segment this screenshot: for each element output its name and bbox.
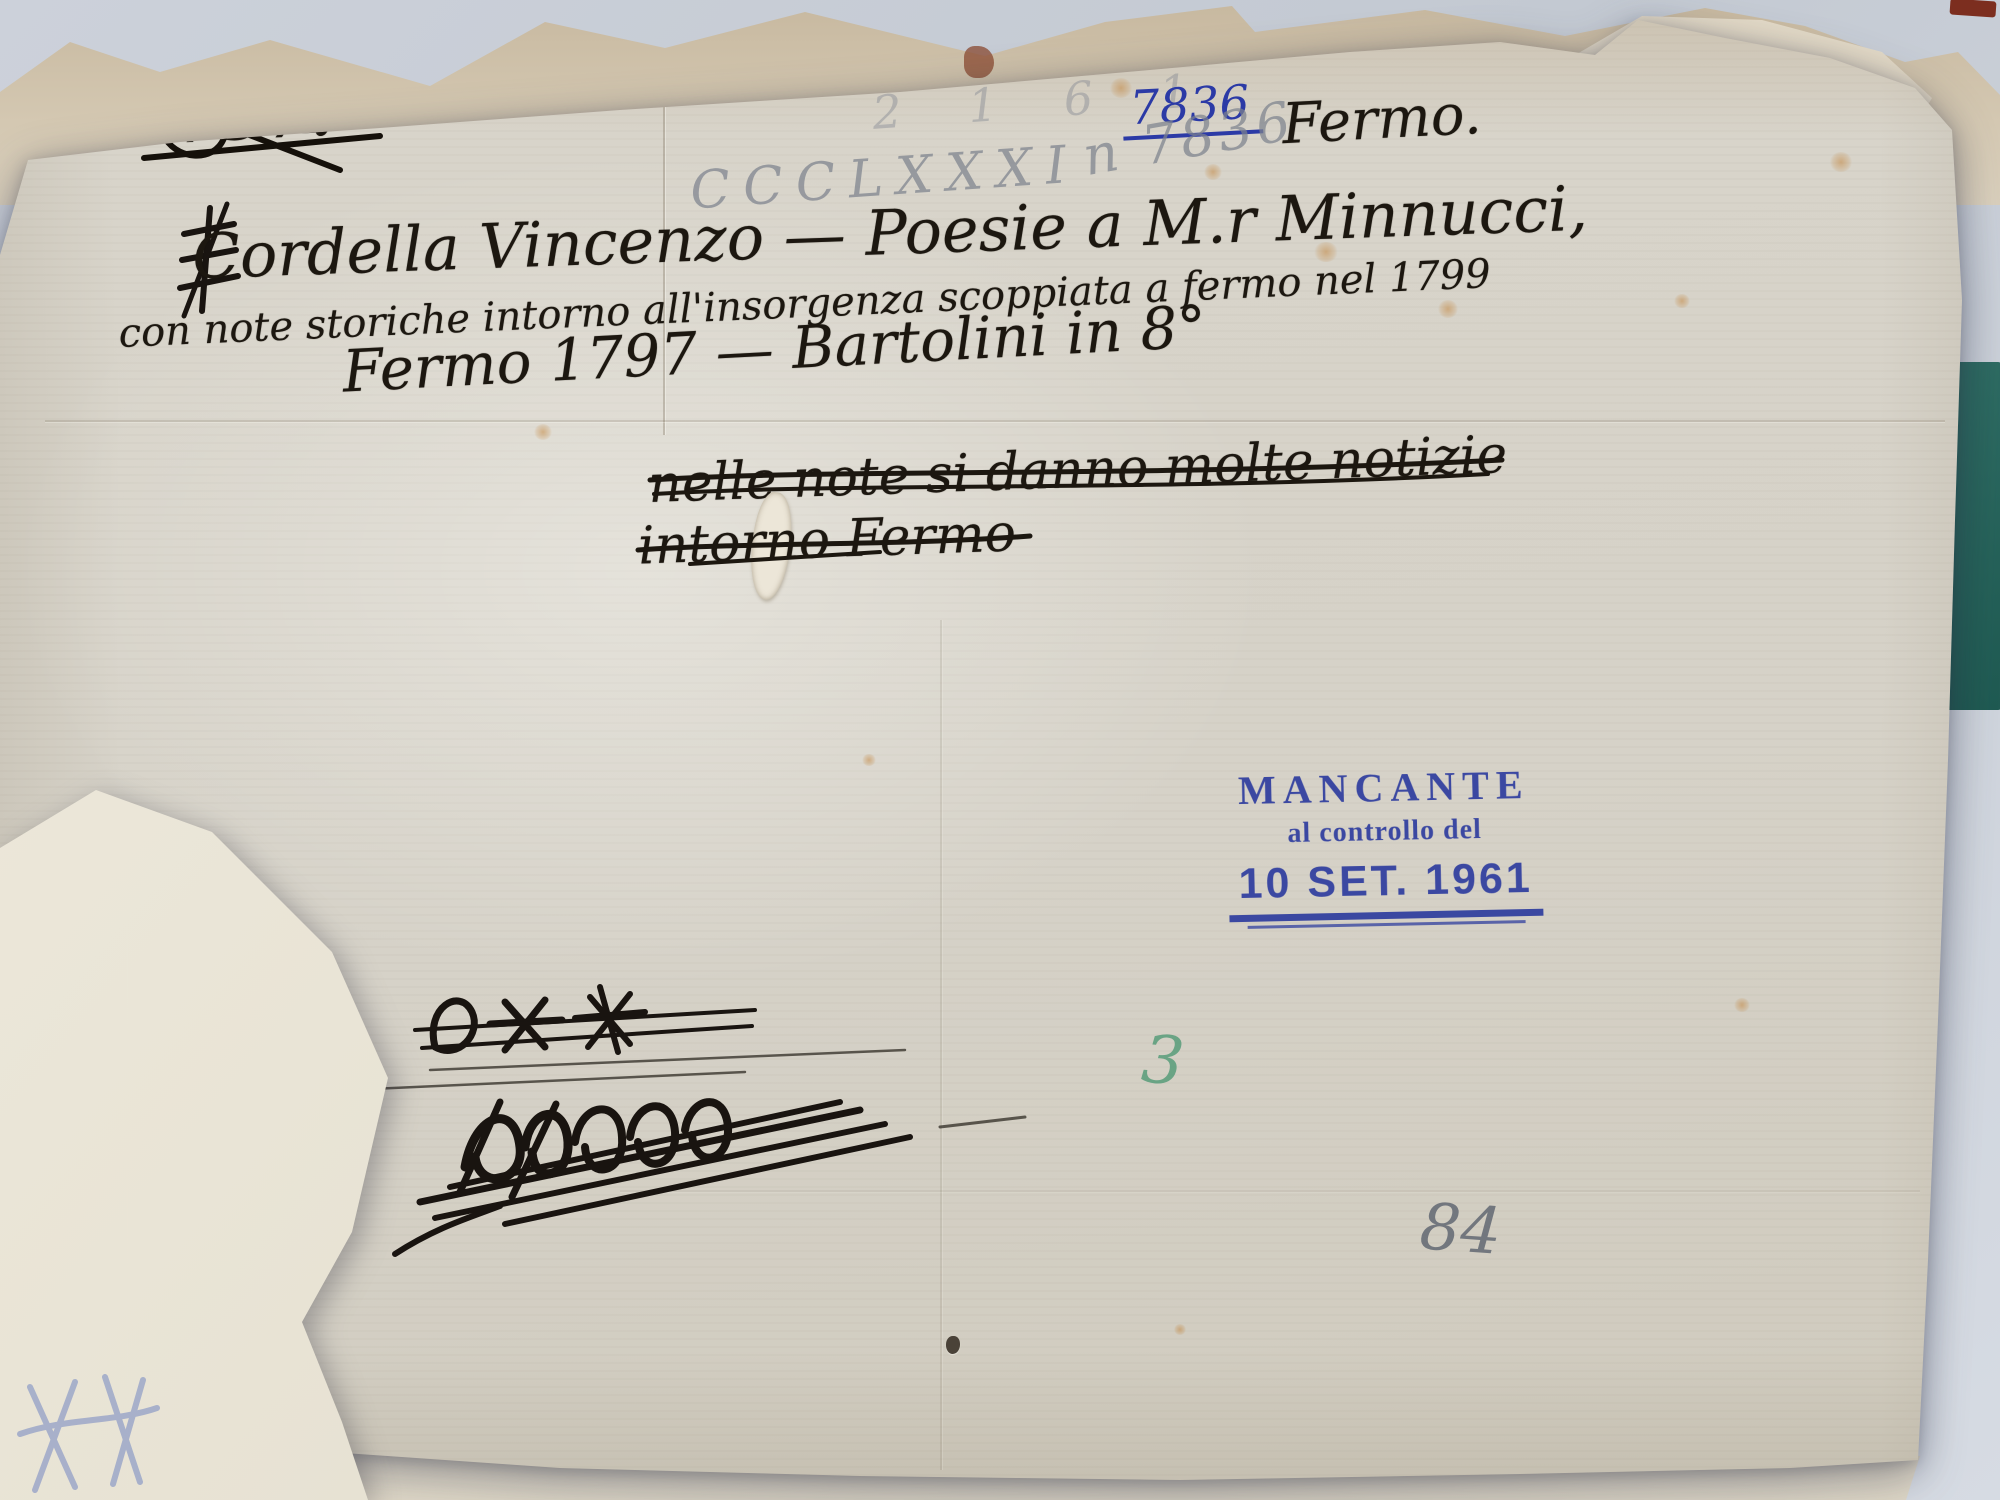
overlay-paper-corner xyxy=(0,0,2000,1500)
photo-archival-document: C. 797. 2 1 6 1 7836 Fermo. CCCLXXXI n 7… xyxy=(0,0,2000,1500)
blue-pencil-scribbles xyxy=(5,1362,185,1500)
overlay-paper-shadow xyxy=(0,0,2000,1500)
